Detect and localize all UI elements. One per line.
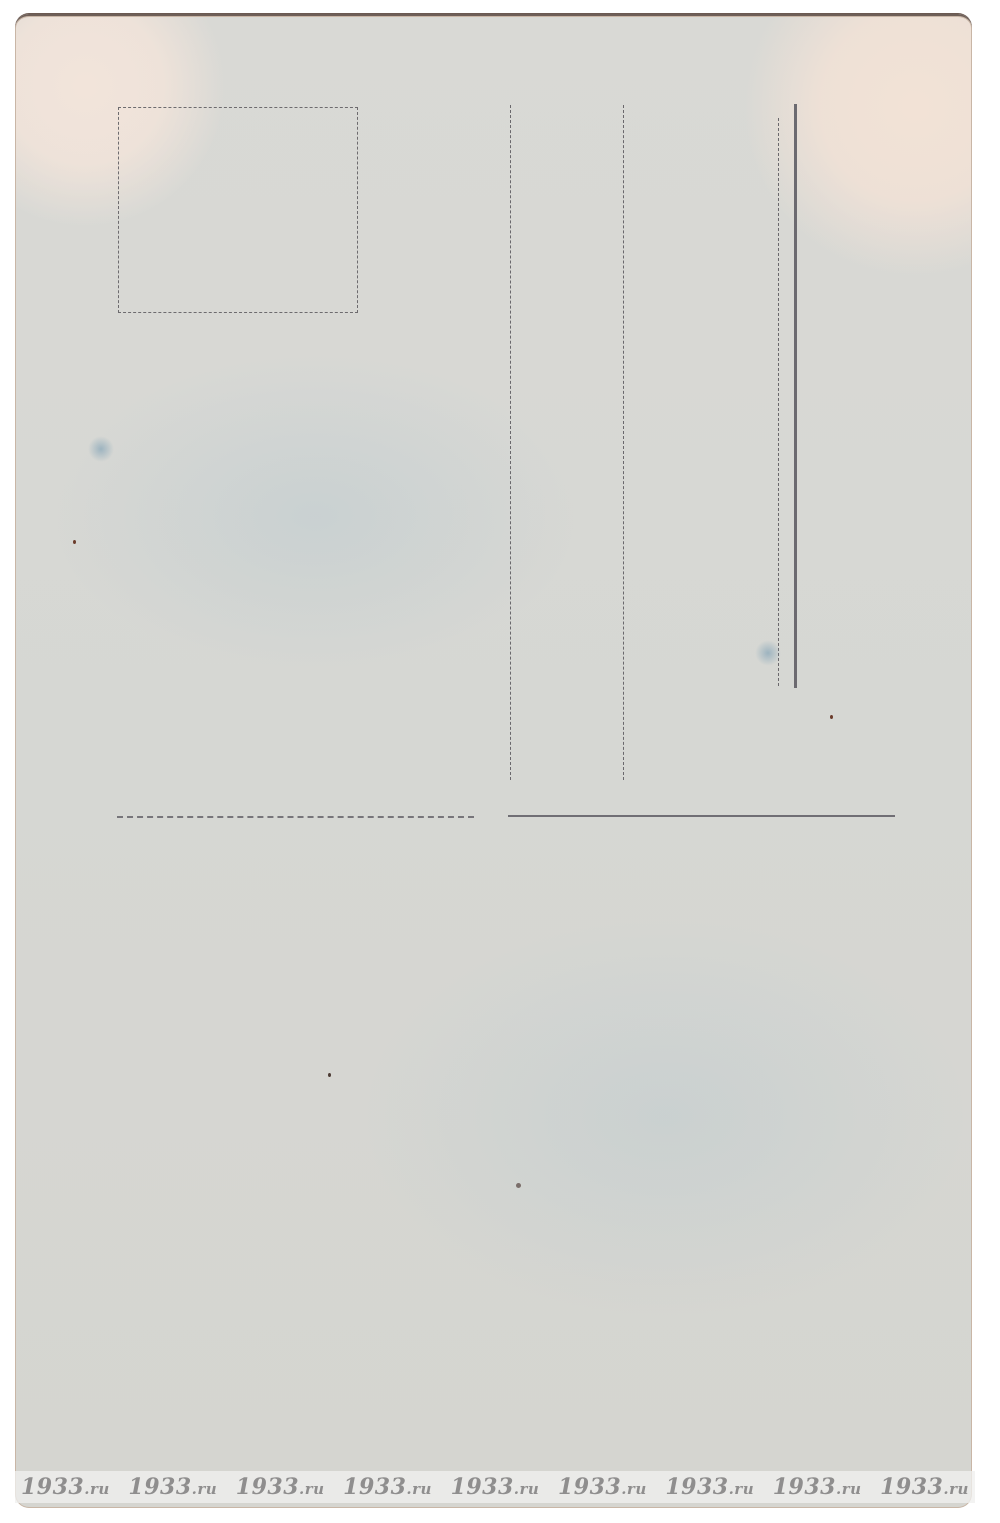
speck <box>516 1183 521 1188</box>
speck <box>830 715 833 719</box>
message-baseline <box>117 816 474 818</box>
stain-spot <box>88 436 114 462</box>
address-rule-solid <box>794 104 797 688</box>
watermark-text: 1933.ru <box>343 1474 432 1500</box>
speck <box>73 540 76 544</box>
watermark-text: 1933.ru <box>880 1474 969 1500</box>
watermark-text: 1933.ru <box>21 1474 110 1500</box>
address-divider-dotted-right <box>778 118 779 686</box>
stamp-box-outline <box>118 107 358 313</box>
address-baseline <box>508 815 895 817</box>
stain-spot <box>755 640 781 666</box>
watermark-text: 1933.ru <box>665 1474 754 1500</box>
watermark-text: 1933.ru <box>236 1474 325 1500</box>
address-divider-dotted-left <box>510 105 511 780</box>
speck <box>328 1073 331 1077</box>
watermark-text: 1933.ru <box>128 1474 217 1500</box>
watermark-band: 1933.ru 1933.ru 1933.ru 1933.ru 1933.ru … <box>15 1471 975 1503</box>
watermark-text: 1933.ru <box>773 1474 862 1500</box>
address-divider-dotted-middle <box>623 105 624 780</box>
watermark-text: 1933.ru <box>558 1474 647 1500</box>
watermark-text: 1933.ru <box>451 1474 540 1500</box>
